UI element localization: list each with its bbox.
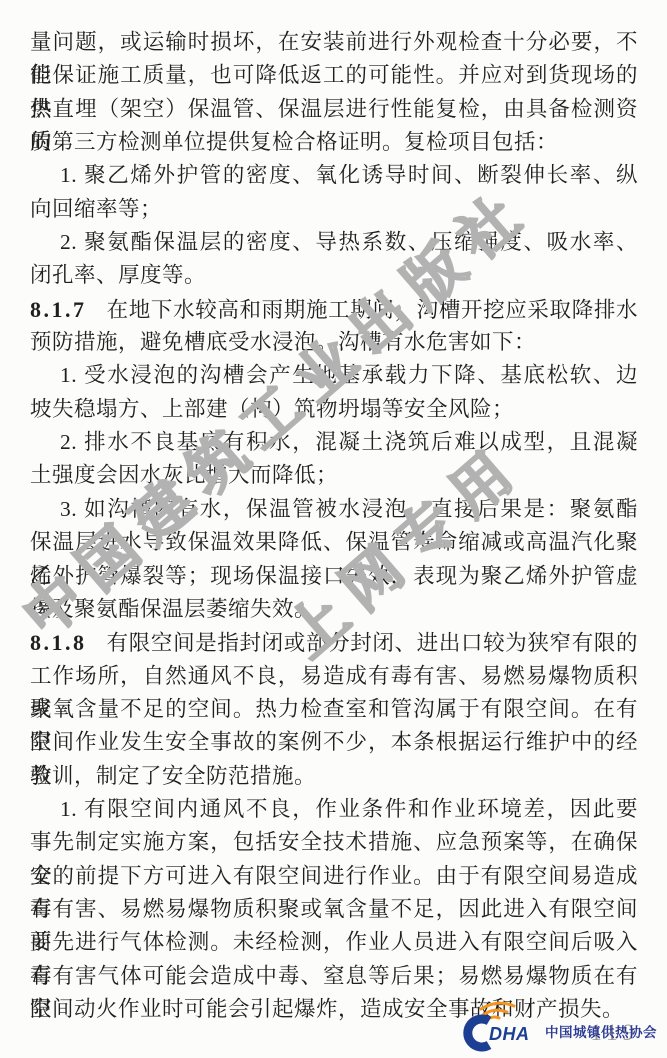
text-line: 3. 如沟槽内有水，保温管被水浸泡，直接后果是：聚氨酯 (30, 493, 638, 526)
book-page: 量问题，或运输时损坏，在安装前进行外观检查十分必要，不但 能保证施工质量，也可降… (0, 0, 667, 1058)
logo-acronym: DHA (489, 1024, 530, 1044)
text-line: 烯外护管爆裂等；现场保温接口失效，表现为聚乙烯外护管虚焊 (30, 560, 638, 593)
text-line: 的第三方检测单位提供复检合格证明。复检项目包括： (30, 126, 638, 159)
logo-org-name: 中国城镇供热协会 (545, 1021, 657, 1041)
text-line: 向回缩率等； (30, 193, 638, 226)
cdha-logo-icon: DHA (456, 1004, 540, 1050)
text-line: 能保证施工质量，也可降低返工的可能性。并应对到货现场的供 (30, 59, 638, 92)
text-line: 空间作业发生安全事故的案例不少，本条根据运行维护中的经验 (30, 726, 638, 759)
text-line: 1. 聚乙烯外护管的密度、氧化诱导时间、断裂伸长率、纵 (30, 159, 638, 192)
text-line: 毒有害气体可能会造成中毒、窒息等后果；易燃易爆物质在有限 (30, 960, 638, 993)
text-line: 毒有害、易燃易爆物质积聚或氧含量不足，因此进入有限空间前 (30, 893, 638, 926)
section-line: 8.1.7在地下水较高和雨期施工期间，沟槽开挖应采取降排水 (30, 293, 638, 326)
text-line: 坡失稳塌方、上部建（构）筑物坍塌等安全风险； (30, 393, 638, 426)
text-line: 2. 聚氨酯保温层的密度、导热系数、压缩强度、吸水率、 (30, 226, 638, 259)
text-line: 热直埋（架空）保温管、保温层进行性能复检，由具备检测资质 (30, 93, 638, 126)
section-text: 在地下水较高和雨期施工期间，沟槽开挖应采取降排水 (107, 298, 639, 322)
section-text: 有限空间是指封闭或部分封闭、进出口较为狭窄有限的 (107, 631, 639, 655)
text-line: 1. 有限空间内通风不良，作业条件和作业环境差，因此要 (30, 793, 638, 826)
cdha-logo: DHA 中国城镇供热协会 (456, 1004, 657, 1050)
section-number: 8.1.8 (30, 630, 87, 655)
logo-c-shape (468, 1019, 489, 1047)
text-line: 事先制定实施方案，包括安全技术措施、应急预案等，在确保安 (30, 826, 638, 859)
text-line: 或氧含量不足的空间。热力检查室和管沟属于有限空间。在有限 (30, 693, 638, 726)
text-line: 量问题，或运输时损坏，在安装前进行外观检查十分必要，不但 (30, 26, 638, 59)
text-line: 土强度会因水灰比增大而降低； (30, 459, 638, 492)
section-number: 8.1.7 (30, 297, 87, 322)
text-line: 保温层进水导致保温效果降低、保温管寿命缩减或高温汽化聚乙 (30, 526, 638, 559)
text-line: 要先进行气体检测。未经检测，作业人员进入有限空间后吸入有 (30, 926, 638, 959)
body-text: 量问题，或运输时损坏，在安装前进行外观检查十分必要，不但 能保证施工质量，也可降… (30, 26, 638, 1026)
text-line: 1. 受水浸泡的沟槽会产生地基承载力下降、基底松软、边 (30, 359, 638, 392)
text-line: 工作场所，自然通风不良，易造成有毒有害、易燃易爆物质积聚 (30, 660, 638, 693)
text-line: 闭孔率、厚度等。 (30, 259, 638, 292)
section-line: 8.1.8有限空间是指封闭或部分封闭、进出口较为狭窄有限的 (30, 626, 638, 659)
text-line: 2. 排水不良基底有积水，混凝土浇筑后难以成型，且混凝 (30, 426, 638, 459)
text-line: 接及聚氨酯保温层萎缩失效。 (30, 593, 638, 626)
text-line: 教训，制定了安全防范措施。 (30, 760, 638, 793)
text-line: 预防措施，避免槽底受水浸泡。沟槽有水危害如下： (30, 326, 638, 359)
text-line: 全的前提下方可进入有限空间进行作业。由于有限空间易造成有 (30, 860, 638, 893)
